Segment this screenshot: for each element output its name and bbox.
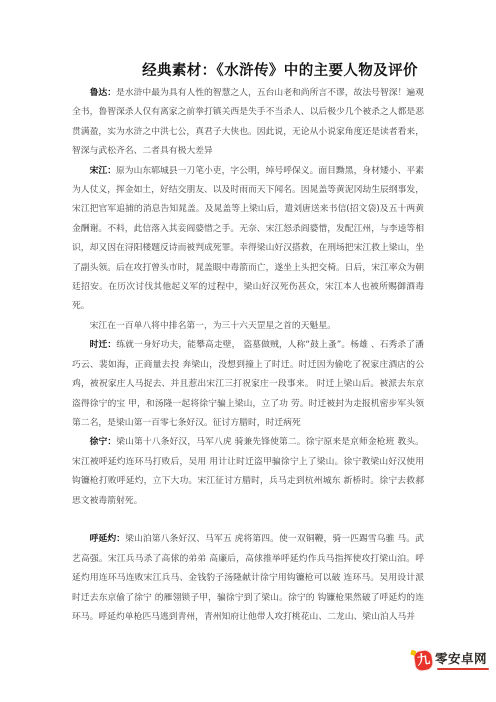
character-name-huyanzhuo: 呼延灼： bbox=[90, 534, 126, 544]
watermark-seal-icon: 九 bbox=[414, 650, 433, 671]
character-name-luda: 鲁达： bbox=[90, 88, 116, 98]
paragraph-huyanzhuo: 呼延灼：梁山泊第八条好汉、马军五 虎将第四。使一双铜鞭，骑一匹踢雪乌骓 马。武艺… bbox=[72, 530, 424, 627]
paragraph-songjiang-rank: 宋江在一百单八将中排名第一，为三十六天罡星之首的天魁星。 bbox=[72, 317, 424, 336]
document-body: 鲁达：是水浒中最为具有人性的智慧之人，五台山老和尚所言不谬，故法号智深！遍观全书… bbox=[72, 84, 424, 627]
page-title: 经典素材：《水浒传》中的主要人物及评价 bbox=[104, 59, 456, 80]
character-name-xuning: 徐宁： bbox=[90, 437, 117, 447]
paragraph-xuning: 徐宁：梁山第十八条好汉，马军八虎 骑兼先锋使第二。徐宁原来是京师金枪班 教头。宋… bbox=[72, 433, 424, 511]
watermark-site-name: 零安卓网 bbox=[435, 651, 487, 666]
paragraph-text: 梁山第十八条好汉，马军八虎 骑兼先锋使第二。徐宁原来是京师金枪班 教头。宋江被呼… bbox=[72, 437, 424, 505]
paragraph-text: 宋江在一百单八将中排名第一，为三十六天罡星之首的天魁星。 bbox=[90, 321, 336, 331]
paragraph-text: 原为山东郓城县一刀笔小吏，字公明，绰号呼保义。面目黝黑，身材矮小、平素为人仗义，… bbox=[72, 166, 424, 312]
paragraph-luda: 鲁达：是水浒中最为具有人性的智慧之人，五台山老和尚所言不谬，故法号智深！遍观全书… bbox=[72, 84, 424, 162]
paragraph-text: 梁山泊第八条好汉、马军五 虎将第四。使一双铜鞭，骑一匹踢雪乌骓 马。武艺高强。宋… bbox=[72, 534, 424, 622]
watermark-logo: 九 零安卓网 bbox=[415, 651, 489, 670]
paragraph-text: 是水浒中最为具有人性的智慧之人，五台山老和尚所言不谬，故法号智深！遍观全书，鲁智… bbox=[72, 88, 424, 156]
watermark-text-block: 零安卓网 bbox=[435, 651, 489, 670]
paragraph-songjiang: 宋江：原为山东郓城县一刀笔小吏，字公明，绰号呼保义。面目黝黑，身材矮小、平素为人… bbox=[72, 162, 424, 317]
paragraph-text: 练就一身好功夫，能攀高走壁， 盗墓做贼，人称“鼓上蚤”。杨雄 、石秀杀了潘巧云、… bbox=[72, 340, 424, 428]
watermark-underline bbox=[437, 668, 489, 670]
document-page: 经典素材：《水浒传》中的主要人物及评价 鲁达：是水浒中最为具有人性的智慧之人，五… bbox=[0, 0, 496, 702]
character-name-shiqian: 时迁： bbox=[90, 340, 117, 350]
character-name-songjiang: 宋江： bbox=[90, 166, 116, 176]
paragraph-shiqian: 时迁：练就一身好功夫，能攀高走壁， 盗墓做贼，人称“鼓上蚤”。杨雄 、石秀杀了潘… bbox=[72, 336, 424, 433]
